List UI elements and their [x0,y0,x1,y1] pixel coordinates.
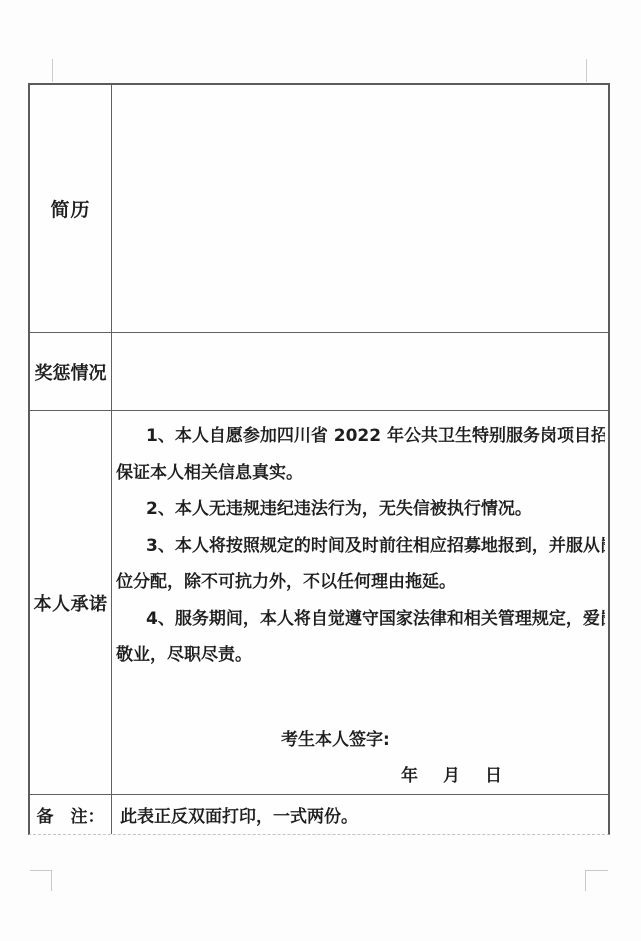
pledge-line: 3、本人将按照规定的时间及时前往相应招募地报到，并服从岗 [116,528,605,565]
notes-row-label: 备 注： [30,795,112,834]
pledge-content-cell: 1、本人自愿参加四川省 2022 年公共卫生特别服务岗项目招募， 保证本人相关信… [112,411,608,795]
notes-content: 此表正反双面打印，一式两份。 [112,795,608,834]
pledge-line: 位分配，除不可抗力外，不以任何理由拖延。 [116,564,605,601]
pledge-line: 敬业，尽职尽责。 [116,637,605,674]
document-page: 简历 奖惩情况 本人承诺 1、本人自愿参加四川省 2022 年公共卫生特别服务岗… [0,0,641,941]
rewards-content-cell [112,333,608,411]
candidate-signature-label: 考生本人签字: [116,722,605,759]
pledge-line: 2、本人无违规违纪违法行为，无失信被执行情况。 [116,491,605,528]
rewards-row-label: 奖惩情况 [30,333,112,411]
resume-content-cell [112,85,608,333]
pledge-row-label: 本人承诺 [30,411,112,795]
pledge-line: 4、服务期间，本人将自觉遵守国家法律和相关管理规定，爱岗 [116,601,605,638]
margin-mark-bottom-right [585,870,608,891]
margin-mark-top-left [52,59,53,82]
pledge-line: 1、本人自愿参加四川省 2022 年公共卫生特别服务岗项目招募， [116,418,605,455]
pledge-line: 保证本人相关信息真实。 [116,455,605,492]
margin-mark-bottom-left [30,870,52,891]
margin-mark-top-right [586,59,587,82]
date-line-year-month-day: 年 月 日 [116,758,605,795]
resume-row-label: 简历 [30,85,112,333]
application-form-table: 简历 奖惩情况 本人承诺 1、本人自愿参加四川省 2022 年公共卫生特别服务岗… [28,83,610,835]
